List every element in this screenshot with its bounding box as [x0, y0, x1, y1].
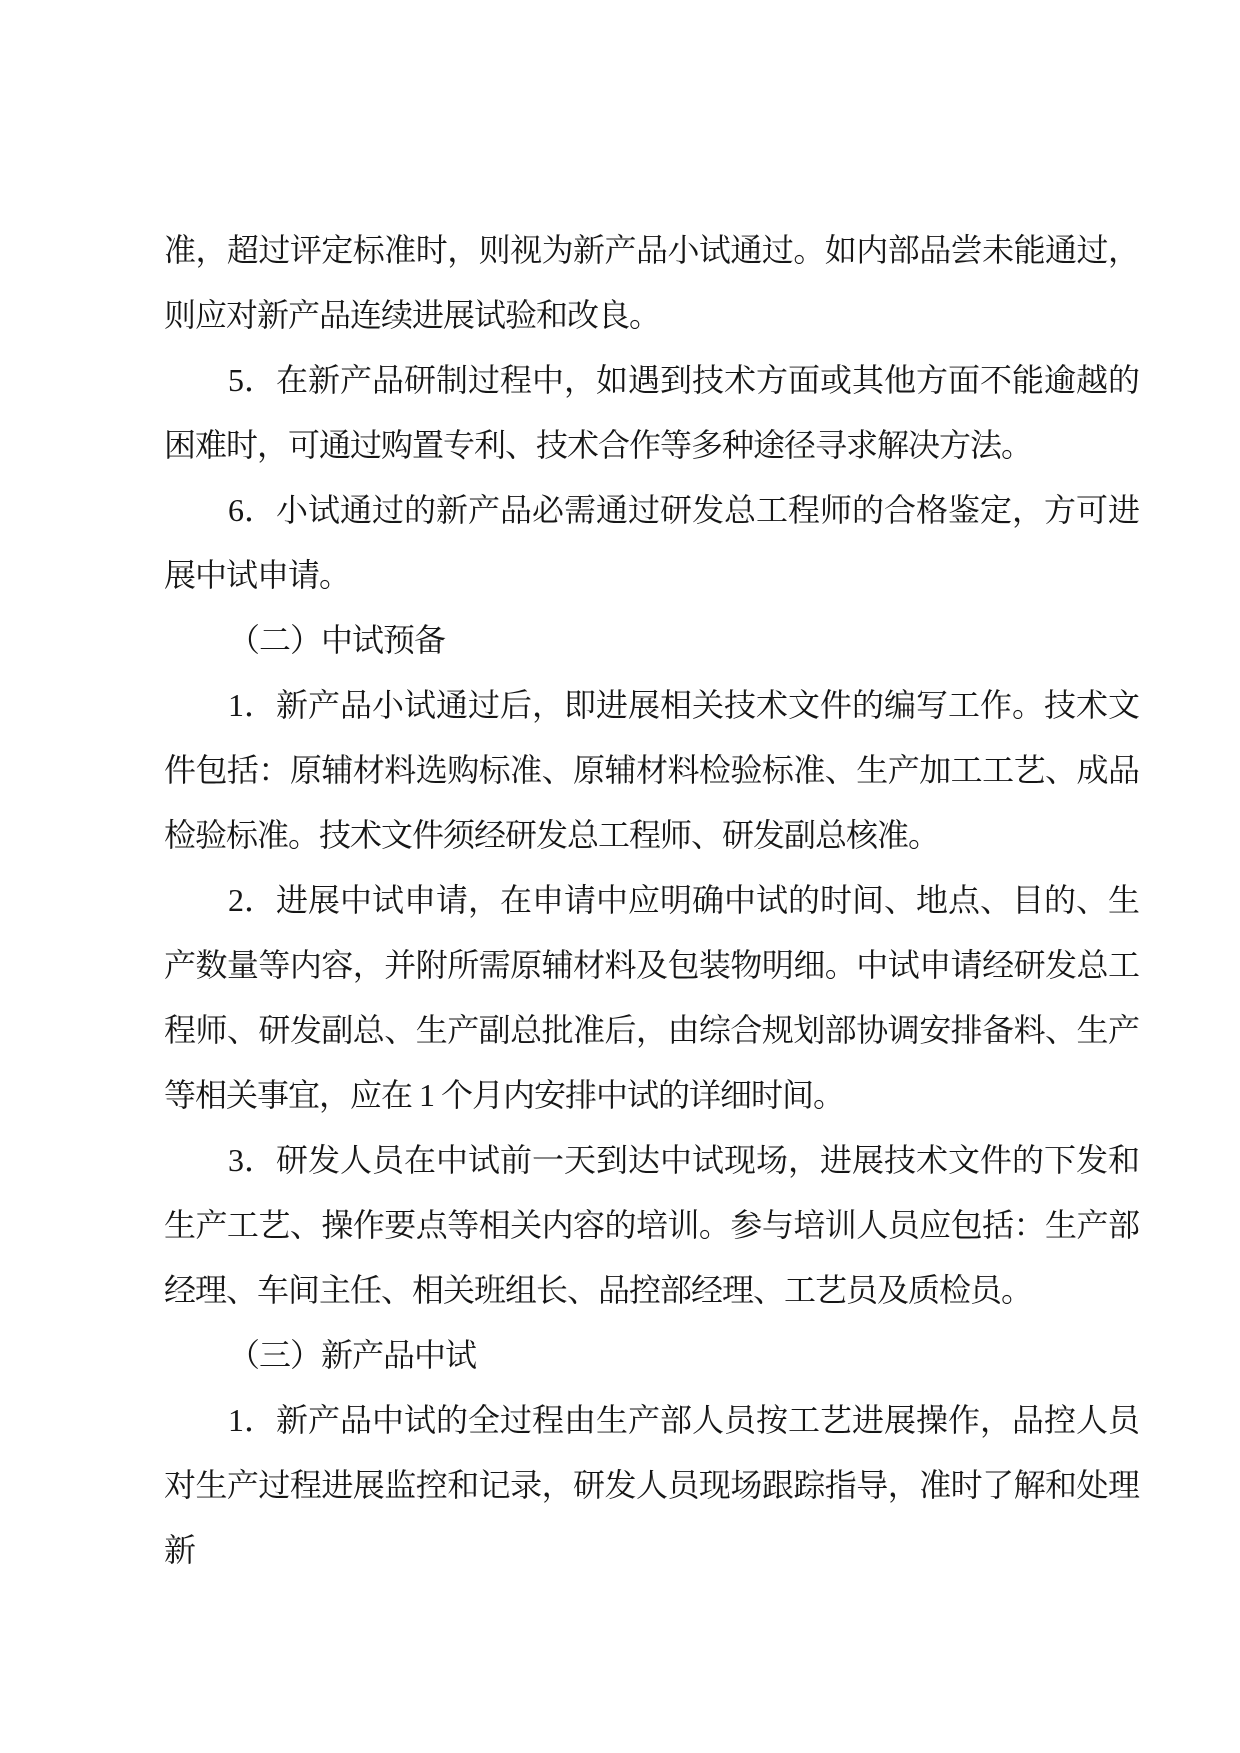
- paragraph: 2．进展中试申请，在申请中应明确中试的时间、地点、目的、生产数量等内容，并附所需…: [164, 868, 1139, 1128]
- paragraph: 1．新产品小试通过后，即进展相关技术文件的编写工作。技术文件包括：原辅材料选购标…: [164, 673, 1139, 868]
- document-page: 准，超过评定标准时，则视为新产品小试通过。如内部品尝未能通过，则应对新产品连续进…: [0, 0, 1240, 1753]
- paragraph: 3．研发人员在中试前一天到达中试现场，进展技术文件的下发和生产工艺、操作要点等相…: [164, 1128, 1139, 1323]
- document-body-text: 准，超过评定标准时，则视为新产品小试通过。如内部品尝未能通过，则应对新产品连续进…: [164, 218, 1139, 1583]
- paragraph-section-heading: （三）新产品中试: [164, 1323, 1139, 1388]
- paragraph: 准，超过评定标准时，则视为新产品小试通过。如内部品尝未能通过，则应对新产品连续进…: [164, 218, 1139, 348]
- paragraph-section-heading: （二）中试预备: [164, 608, 1139, 673]
- paragraph: 5．在新产品研制过程中，如遇到技术方面或其他方面不能逾越的困难时，可通过购置专利…: [164, 348, 1139, 478]
- paragraph: 1．新产品中试的全过程由生产部人员按工艺进展操作，品控人员对生产过程进展监控和记…: [164, 1388, 1139, 1583]
- paragraph: 6．小试通过的新产品必需通过研发总工程师的合格鉴定，方可进展中试申请。: [164, 478, 1139, 608]
